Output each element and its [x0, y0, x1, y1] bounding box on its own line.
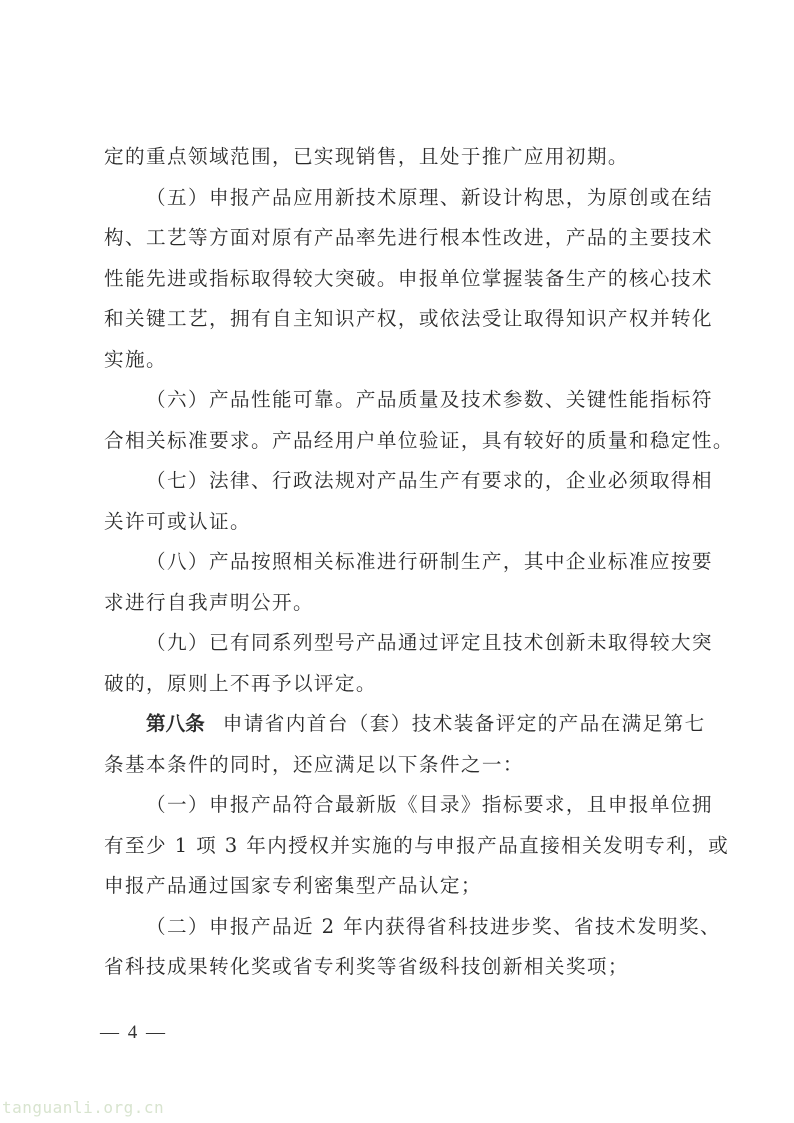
text-line: 合相关标准要求。产品经用户单位验证，具有较好的质量和稳定性。	[104, 421, 694, 462]
article-text: 申请省内首台（套）技术装备评定的产品在满足第七	[223, 712, 706, 735]
text-line: （九）已有同系列型号产品通过评定且技术创新未取得较大突	[104, 623, 694, 664]
text-line: （二）申报产品近 2 年内获得省科技进步奖、省技术发明奖、	[104, 907, 694, 948]
text-line: 省科技成果转化奖或省专利奖等省级科技创新相关奖项；	[104, 947, 694, 988]
text-line: （六）产品性能可靠。产品质量及技术参数、关键性能指标符	[104, 380, 694, 421]
text-line: 关许可或认证。	[104, 502, 694, 543]
text-line: 条基本条件的同时，还应满足以下条件之一：	[104, 745, 694, 786]
text-line: （五）申报产品应用新技术原理、新设计构思，为原创或在结	[104, 178, 694, 219]
watermark: tanguanli.org.cn	[2, 1098, 164, 1117]
page-number: — 4 —	[100, 1022, 167, 1044]
text-line: （一）申报产品符合最新版《目录》指标要求，且申报单位拥	[104, 785, 694, 826]
text-line: 构、工艺等方面对原有产品率先进行根本性改进，产品的主要技术	[104, 218, 694, 259]
text-line: 求进行自我声明公开。	[104, 583, 694, 624]
text-line: 有至少 1 项 3 年内授权并实施的与申报产品直接相关发明专利，或	[104, 826, 694, 867]
article-heading-line: 第八条申请省内首台（套）技术装备评定的产品在满足第七	[104, 704, 694, 745]
document-body: 定的重点领域范围，已实现销售，且处于推广应用初期。 （五）申报产品应用新技术原理…	[104, 137, 694, 988]
text-line: （七）法律、行政法规对产品生产有要求的，企业必须取得相	[104, 461, 694, 502]
text-line: 和关键工艺，拥有自主知识产权，或依法受让取得知识产权并转化	[104, 299, 694, 340]
article-number: 第八条	[146, 712, 205, 735]
text-line: 性能先进或指标取得较大突破。申报单位掌握装备生产的核心技术	[104, 259, 694, 300]
text-line: 破的，原则上不再予以评定。	[104, 664, 694, 705]
text-line: （八）产品按照相关标准进行研制生产，其中企业标准应按要	[104, 542, 694, 583]
text-line: 实施。	[104, 340, 694, 381]
text-line: 定的重点领域范围，已实现销售，且处于推广应用初期。	[104, 137, 694, 178]
text-line: 申报产品通过国家专利密集型产品认定；	[104, 866, 694, 907]
